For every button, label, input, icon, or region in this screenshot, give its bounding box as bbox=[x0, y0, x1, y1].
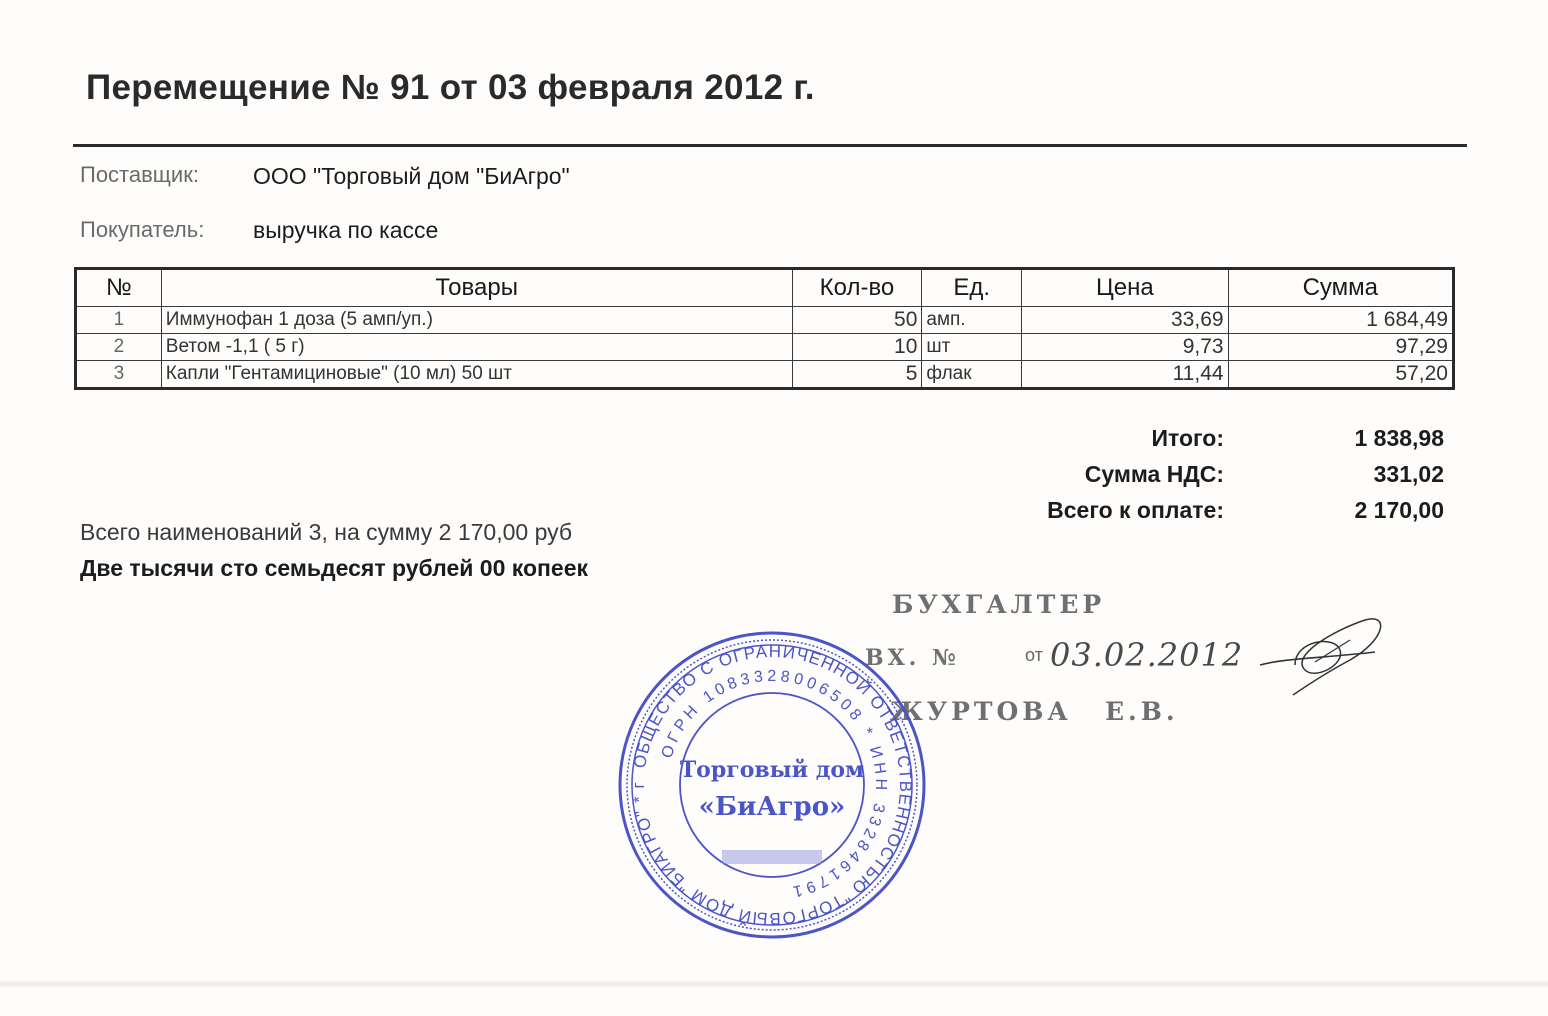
row-num: 3 bbox=[76, 361, 162, 389]
row-num: 2 bbox=[76, 334, 162, 361]
summary-words-line: Две тысячи сто семьдесят рублей 00 копее… bbox=[80, 555, 588, 582]
row-num: 1 bbox=[76, 307, 162, 334]
row-sum: 57,20 bbox=[1228, 361, 1453, 389]
supplier-value: ООО "Торговый дом "БиАгро" bbox=[253, 163, 570, 190]
table-header-row: № Товары Кол-во Ед. Цена Сумма bbox=[76, 269, 1454, 307]
row-name: Иммунофан 1 доза (5 амп/уп.) bbox=[161, 307, 792, 334]
subtotal-value: 1 838,98 bbox=[1224, 425, 1444, 452]
title-divider bbox=[73, 144, 1467, 147]
row-price: 11,44 bbox=[1022, 361, 1228, 389]
total-row: Всего к оплате: 2 170,00 bbox=[964, 492, 1444, 528]
header-unit: Ед. bbox=[922, 269, 1022, 307]
row-sum: 1 684,49 bbox=[1228, 307, 1453, 334]
accountant-stamp-date-prefix: от bbox=[1025, 645, 1043, 666]
buyer-label: Покупатель: bbox=[80, 217, 204, 243]
handwritten-date: 03.02.2012 bbox=[1050, 636, 1243, 674]
svg-text:Торговый дом: Торговый дом bbox=[680, 757, 864, 783]
row-price: 33,69 bbox=[1022, 307, 1228, 334]
row-sum: 97,29 bbox=[1228, 334, 1453, 361]
header-num: № bbox=[76, 269, 162, 307]
header-price: Цена bbox=[1022, 269, 1228, 307]
row-qty: 5 bbox=[792, 361, 922, 389]
total-value: 2 170,00 bbox=[1224, 497, 1444, 524]
summary-count-line: Всего наименований 3, на сумму 2 170,00 … bbox=[80, 519, 572, 546]
table-row: 2 Ветом -1,1 ( 5 г) 10 шт 9,73 97,29 bbox=[76, 334, 1454, 361]
row-qty: 50 bbox=[792, 307, 922, 334]
company-seal-icon: ОБЩЕСТВО С ОГРАНИЧЕННОЙ ОТВЕТСТВЕННОСТЬЮ… bbox=[612, 625, 932, 945]
row-qty: 10 bbox=[792, 334, 922, 361]
vat-label: Сумма НДС: bbox=[964, 461, 1224, 488]
vat-row: Сумма НДС: 331,02 bbox=[964, 456, 1444, 492]
table-row: 3 Капли "Гентамициновые" (10 мл) 50 шт 5… bbox=[76, 361, 1454, 389]
svg-text:ОГРН 1083328006508 * ИНН 33284: ОГРН 1083328006508 * ИНН 3328461791 bbox=[659, 668, 889, 901]
items-table: № Товары Кол-во Ед. Цена Сумма 1 Иммуноф… bbox=[74, 267, 1455, 390]
accountant-stamp-title: БУХГАЛТЕР bbox=[892, 590, 1105, 619]
totals-block: Итого: 1 838,98 Сумма НДС: 331,02 Всего … bbox=[964, 420, 1444, 528]
buyer-value: выручка по кассе bbox=[253, 217, 438, 244]
row-price: 9,73 bbox=[1022, 334, 1228, 361]
row-unit: амп. bbox=[922, 307, 1022, 334]
total-label: Всего к оплате: bbox=[964, 497, 1224, 524]
document-title: Перемещение № 91 от 03 февраля 2012 г. bbox=[86, 68, 815, 108]
header-goods: Товары bbox=[161, 269, 792, 307]
table-row: 1 Иммунофан 1 доза (5 амп/уп.) 50 амп. 3… bbox=[76, 307, 1454, 334]
header-qty: Кол-во bbox=[792, 269, 922, 307]
subtotal-label: Итого: bbox=[964, 425, 1224, 452]
header-sum: Сумма bbox=[1228, 269, 1453, 307]
vat-value: 331,02 bbox=[1224, 461, 1444, 488]
row-name: Капли "Гентамициновые" (10 мл) 50 шт bbox=[161, 361, 792, 389]
subtotal-row: Итого: 1 838,98 bbox=[964, 420, 1444, 456]
supplier-label: Поставщик: bbox=[80, 162, 199, 188]
signature-icon bbox=[1255, 610, 1395, 700]
row-name: Ветом -1,1 ( 5 г) bbox=[161, 334, 792, 361]
row-unit: флак bbox=[922, 361, 1022, 389]
svg-text:«БиАгро»: «БиАгро» bbox=[699, 792, 846, 822]
accountant-initials: Е.В. bbox=[1105, 697, 1179, 726]
paper-fold bbox=[0, 980, 1548, 988]
row-unit: шт bbox=[922, 334, 1022, 361]
